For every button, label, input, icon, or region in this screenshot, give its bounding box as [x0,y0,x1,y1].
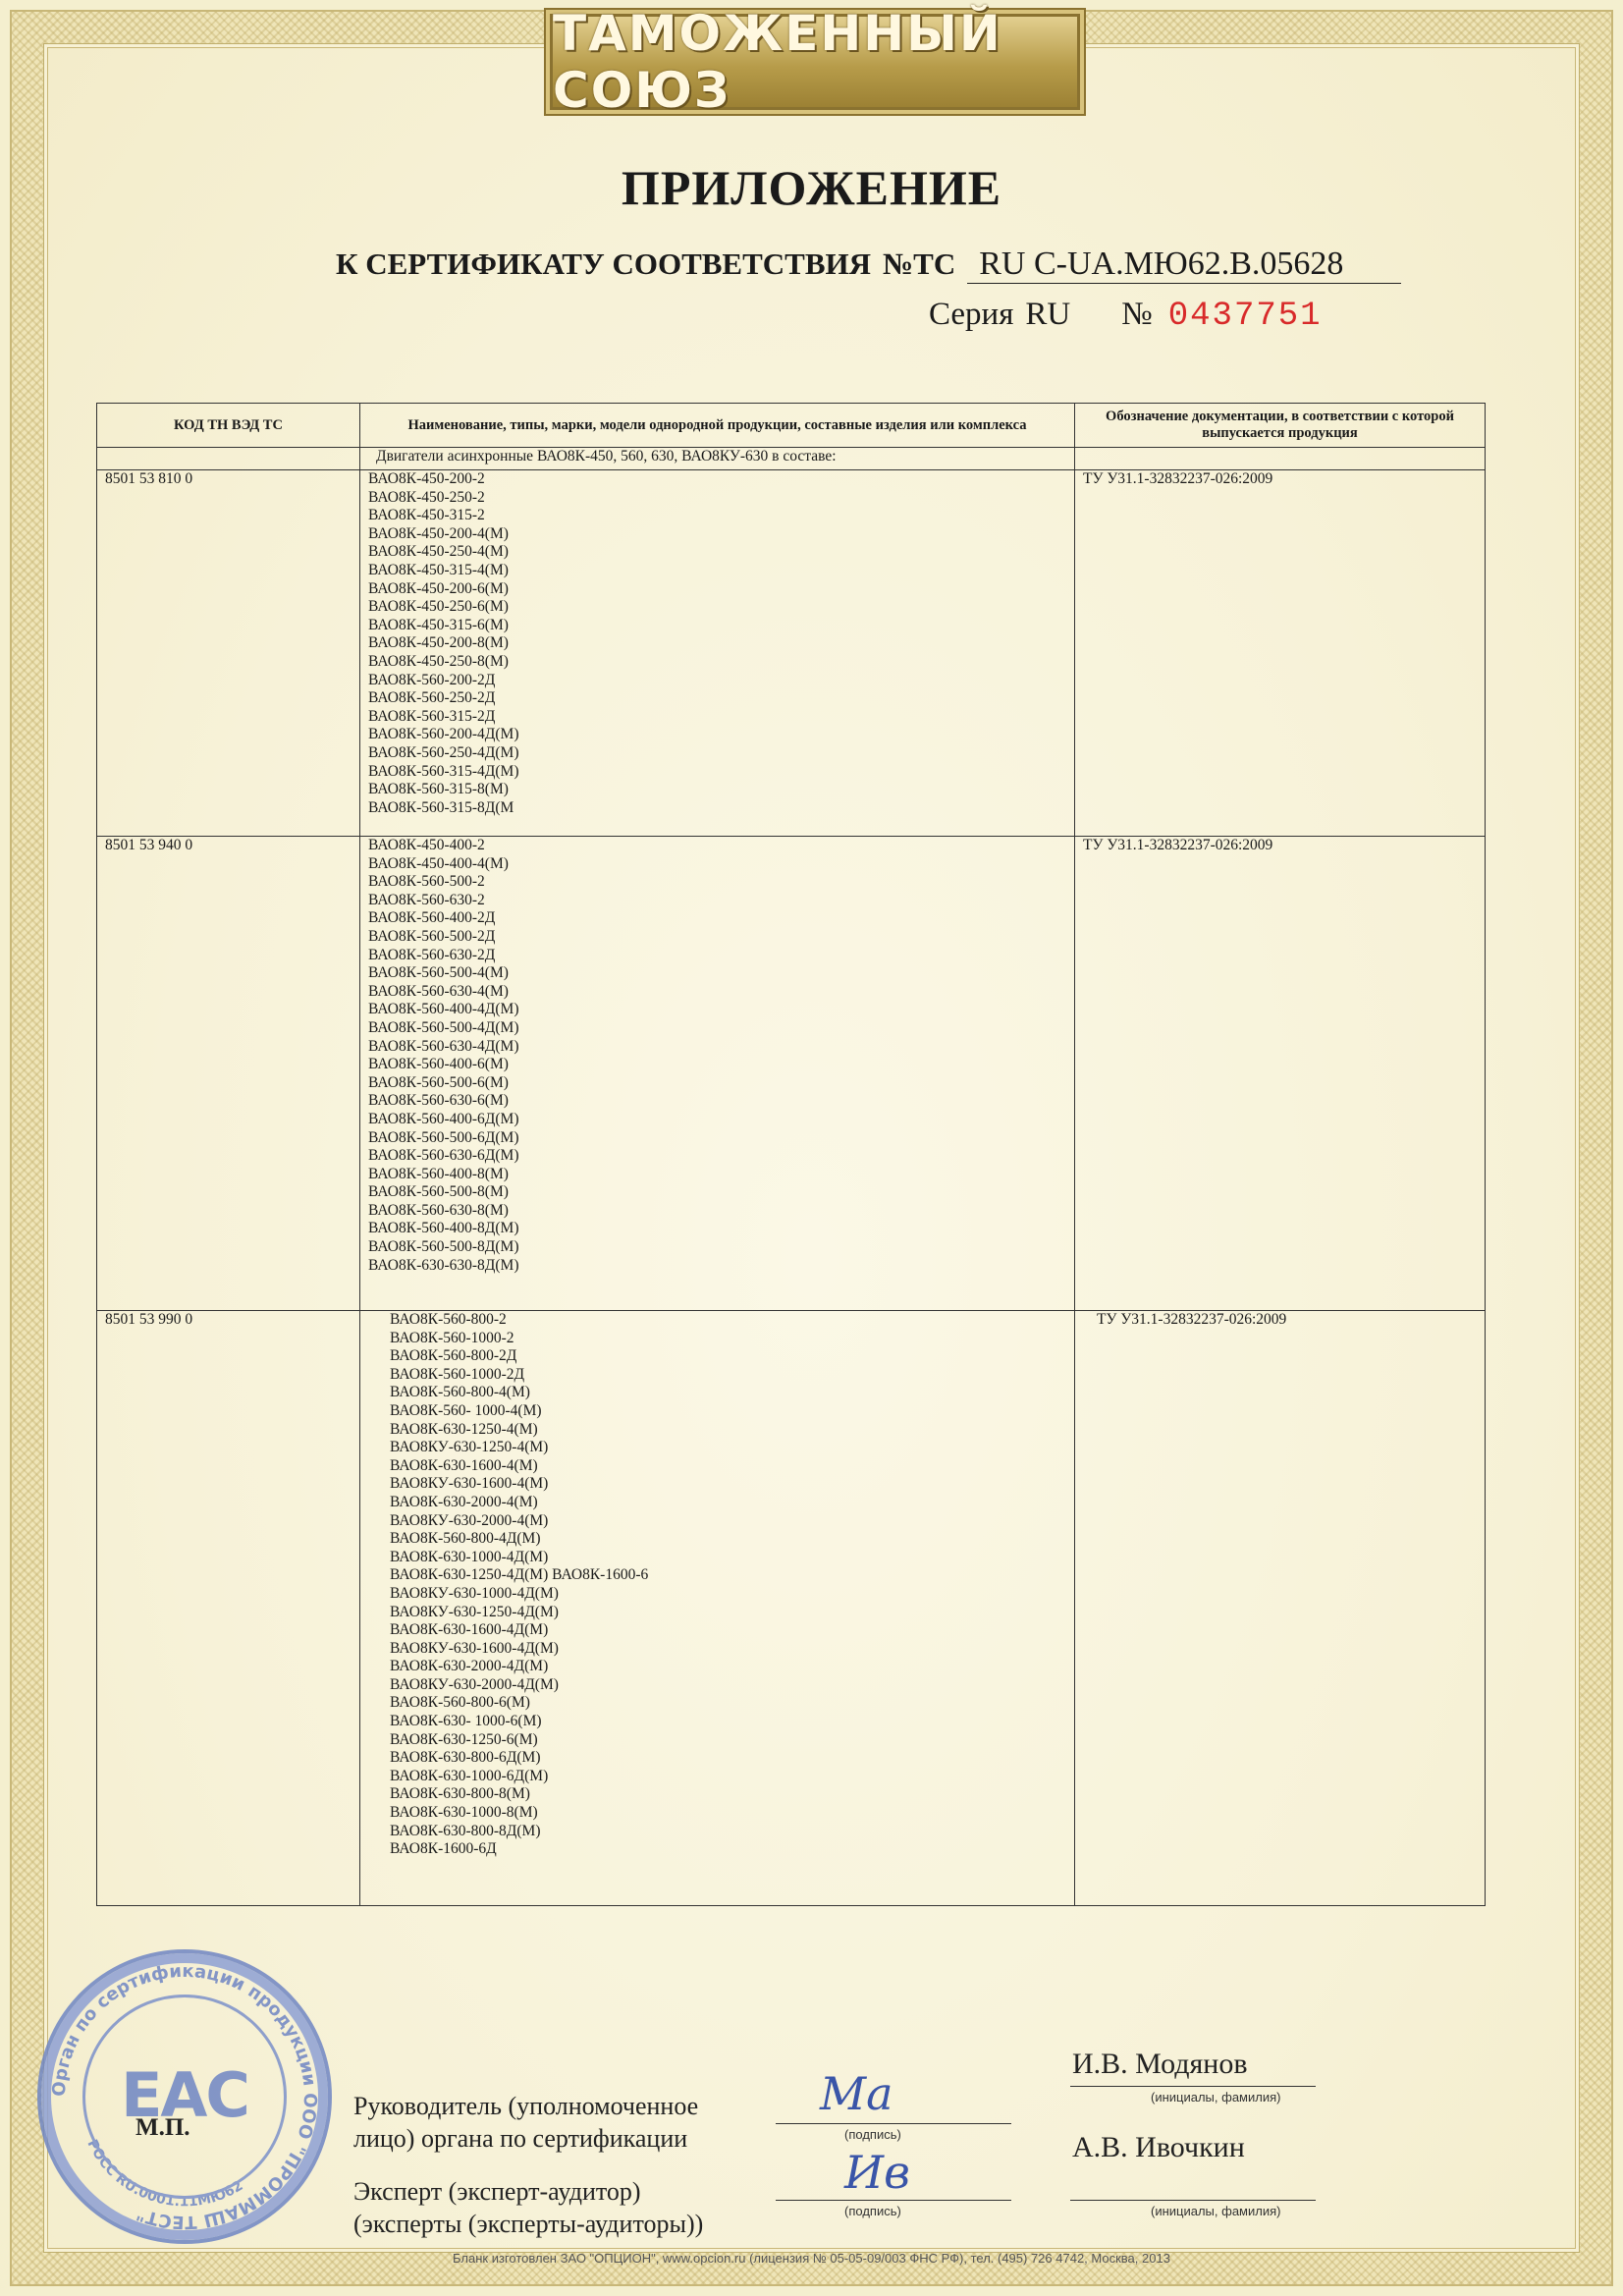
product-model: ВАО8К-630- 1000-6(М) [390,1713,1066,1731]
expert-label-line2: (эксперты (эксперты-аудиторы)) [353,2210,703,2239]
product-model: ВАО8К-560-500-4(М) [368,964,1066,983]
intro-text: Двигатели асинхронные ВАО8К-450, 560, 63… [360,448,1075,470]
product-model: ВАО8К-560-630-4(М) [368,983,1066,1002]
product-model: ВАО8К-450-400-4(М) [368,855,1066,874]
product-model: ВАО8К-450-200-6(М) [368,580,1066,599]
certificate-subtitle: К СЕРТИФИКАТУ СООТВЕТСТВИЯ №ТС RU C-UA.М… [336,246,1401,284]
table-intro-row: Двигатели асинхронные ВАО8К-450, 560, 63… [97,448,1486,470]
product-model: ВАО8К-560-1000-2Д [390,1366,1066,1385]
certificate-number: RU C-UA.МЮ62.В.05628 [967,246,1401,284]
product-model: ВАО8К-450-400-2 [368,837,1066,855]
expert-name-line [1070,2200,1316,2201]
product-model: ВАО8К-630-1600-4(М) [390,1457,1066,1476]
product-model: ВАО8К-450-315-6(М) [368,617,1066,635]
product-model: ВАО8К-560-800-4Д(М) [390,1530,1066,1549]
head-name: И.В. Модянов [1072,2048,1248,2081]
series-row: Серия RU № 0437751 [929,297,1323,335]
product-model: ВАО8К-560-800-4(М) [390,1384,1066,1402]
product-model: ВАО8КУ-630-1600-4(М) [390,1475,1066,1494]
column-header-products: Наименование, типы, марки, модели одноро… [360,404,1075,448]
product-models: ВАО8К-450-200-2ВАО8К-450-250-2ВАО8К-450-… [360,470,1075,837]
head-label-line2: лицо) органа по сертификации [353,2124,687,2154]
product-model: ВАО8КУ-630-1250-4(М) [390,1439,1066,1457]
product-model: ВАО8К-450-250-4(М) [368,543,1066,562]
table-row: 8501 53 940 0ВАО8К-450-400-2ВАО8К-450-40… [97,837,1486,1311]
certification-stamp: Орган по сертификации продукции ООО "ПРО… [37,1949,332,2244]
product-model: ВАО8К-560-630-6(М) [368,1092,1066,1111]
product-model: ВАО8К-630-1000-8(М) [390,1804,1066,1823]
product-model: ВАО8КУ-630-1000-4Д(М) [390,1585,1066,1604]
product-model: ВАО8К-450-315-4(М) [368,562,1066,580]
series-value: RU [1025,297,1070,333]
product-model: ВАО8К-450-315-2 [368,507,1066,525]
product-model: ВАО8КУ-630-1600-4Д(М) [390,1640,1066,1659]
product-model: ВАО8К-560-630-8(М) [368,1202,1066,1221]
product-model: ВАО8К-560-400-6Д(М) [368,1111,1066,1129]
product-model: ВАО8К-630-800-8(М) [390,1785,1066,1804]
expert-label-line1: Эксперт (эксперт-аудитор) [353,2177,641,2207]
tn-ved-code: 8501 53 810 0 [97,470,360,837]
product-model: ВАО8К-560-200-2Д [368,672,1066,690]
product-model: ВАО8К-560-400-6(М) [368,1056,1066,1074]
product-model: ВАО8К-560-500-2 [368,873,1066,892]
head-signature: Ma [820,2067,893,2120]
product-model: ВАО8К-560-200-4Д(М) [368,726,1066,744]
subtitle-label: К СЕРТИФИКАТУ СООТВЕТСТВИЯ [336,246,871,282]
page-title: ПРИЛОЖЕНИЕ [0,159,1623,216]
tn-ved-code: 8501 53 990 0 [97,1311,360,1906]
product-model: ВАО8К-630-2000-4(М) [390,1494,1066,1512]
head-signature-line [776,2123,1011,2124]
product-model: ВАО8К-560-500-2Д [368,928,1066,947]
product-models: ВАО8К-560-800-2ВАО8К-560-1000-2ВАО8К-560… [360,1311,1075,1906]
product-model: ВАО8К-1600-6Д [390,1840,1066,1859]
product-model: ВАО8К-450-250-2 [368,489,1066,508]
product-model: ВАО8КУ-630-2000-4Д(М) [390,1676,1066,1695]
blank-footer: Бланк изготовлен ЗАО "ОПЦИОН", www.opcio… [0,2251,1623,2266]
product-model: ВАО8К-560-630-2Д [368,947,1066,965]
product-model: ВАО8К-630-630-8Д(М) [368,1257,1066,1276]
documentation-ref: ТУ У31.1-32832237-026:2009 [1075,837,1486,1311]
product-model: ВАО8К-630-1250-4(М) [390,1421,1066,1440]
product-model: ВАО8К-560-400-8(М) [368,1166,1066,1184]
product-model: ВАО8К-560-800-2 [390,1311,1066,1330]
column-header-documentation: Обозначение документации, в соответствии… [1075,404,1486,448]
head-name-line [1070,2086,1316,2087]
product-model: ВАО8К-560-500-4Д(М) [368,1019,1066,1038]
product-model: ВАО8К-450-200-8(М) [368,634,1066,653]
product-model: ВАО8К-560-1000-2 [390,1330,1066,1348]
no-tc-label: №ТС [883,246,955,282]
product-model: ВАО8К-560-500-6(М) [368,1074,1066,1093]
head-name-caption: (инициалы, фамилия) [1151,2090,1280,2105]
product-model: ВАО8К-560-315-8(М) [368,781,1066,799]
product-model: ВАО8К-450-200-4(М) [368,525,1066,544]
product-model: ВАО8К-560-800-6(М) [390,1694,1066,1713]
documentation-ref: ТУ У31.1-32832237-026:2009 [1075,470,1486,837]
product-model: ВАО8К-630-1600-4Д(М) [390,1621,1066,1640]
table-row: 8501 53 810 0ВАО8К-450-200-2ВАО8К-450-25… [97,470,1486,837]
banner-text: ТАМОЖЕННЫЙ СОЮЗ [553,5,1077,119]
product-model: ВАО8К-560-400-8Д(М) [368,1220,1066,1238]
product-model: ВАО8К-630-1000-4Д(М) [390,1549,1066,1567]
product-model: ВАО8К-560-400-4Д(М) [368,1001,1066,1019]
product-model: ВАО8К-560-630-4Д(М) [368,1038,1066,1057]
expert-signature-caption: (подпись) [844,2204,901,2218]
product-model: ВАО8К-560-630-6Д(М) [368,1147,1066,1166]
product-model: ВАО8К-560-400-2Д [368,909,1066,928]
table-row: 8501 53 990 0ВАО8К-560-800-2ВАО8К-560-10… [97,1311,1486,1906]
product-models: ВАО8К-450-400-2ВАО8К-450-400-4(М)ВАО8К-5… [360,837,1075,1311]
product-model: ВАО8К-450-250-8(М) [368,653,1066,672]
expert-signature: Ив [844,2146,910,2199]
product-model: ВАО8КУ-630-2000-4(М) [390,1512,1066,1531]
table-header-row: КОД ТН ВЭД ТС Наименование, типы, марки,… [97,404,1486,448]
product-model: ВАО8К-560-500-6Д(М) [368,1129,1066,1148]
column-header-code: КОД ТН ВЭД ТС [97,404,360,448]
customs-union-banner: ТАМОЖЕННЫЙ СОЮЗ [550,14,1080,110]
documentation-ref: ТУ У31.1-32832237-026:2009 [1075,1311,1486,1906]
product-model: ВАО8К-560-800-2Д [390,1347,1066,1366]
product-model: ВАО8К-560-250-4Д(М) [368,744,1066,763]
product-model: ВАО8К-630-800-6Д(М) [390,1749,1066,1768]
product-model: ВАО8К-560-500-8(М) [368,1183,1066,1202]
product-model: ВАО8К-560-250-2Д [368,689,1066,708]
product-model: ВАО8К-450-200-2 [368,470,1066,489]
product-model: ВАО8К-560-315-4Д(М) [368,763,1066,782]
product-table: КОД ТН ВЭД ТС Наименование, типы, марки,… [96,403,1486,1906]
product-model: ВАО8К-560- 1000-4(М) [390,1402,1066,1421]
product-model: ВАО8К-630-1000-6Д(М) [390,1768,1066,1786]
series-label: Серия [929,297,1013,333]
product-model: ВАО8К-560-315-2Д [368,708,1066,727]
expert-name-caption: (инициалы, фамилия) [1151,2204,1280,2218]
tn-ved-code: 8501 53 940 0 [97,837,360,1311]
product-model: ВАО8К-560-500-8Д(М) [368,1238,1066,1257]
stamp-place-mark: М.П. [135,2114,190,2142]
product-model: ВАО8К-560-630-2 [368,892,1066,910]
product-model: ВАО8К-630-1250-4Д(М) ВАО8К-1600-6 [390,1566,1066,1585]
product-model: ВАО8К-630-800-8Д(М) [390,1823,1066,1841]
head-signature-caption: (подпись) [844,2127,901,2142]
product-model: ВАО8К-630-2000-4Д(М) [390,1658,1066,1676]
product-model: ВАО8КУ-630-1250-4Д(М) [390,1604,1066,1622]
expert-signature-line [776,2200,1011,2201]
number-label: № [1121,297,1153,333]
product-model: ВАО8К-560-315-8Д(М [368,799,1066,818]
expert-name: А.В. Ивочкин [1072,2131,1245,2164]
blank-number: 0437751 [1168,298,1323,335]
product-model: ВАО8К-450-250-6(М) [368,598,1066,617]
product-model: ВАО8К-630-1250-6(М) [390,1731,1066,1750]
head-label-line1: Руководитель (уполномоченное [353,2092,698,2121]
